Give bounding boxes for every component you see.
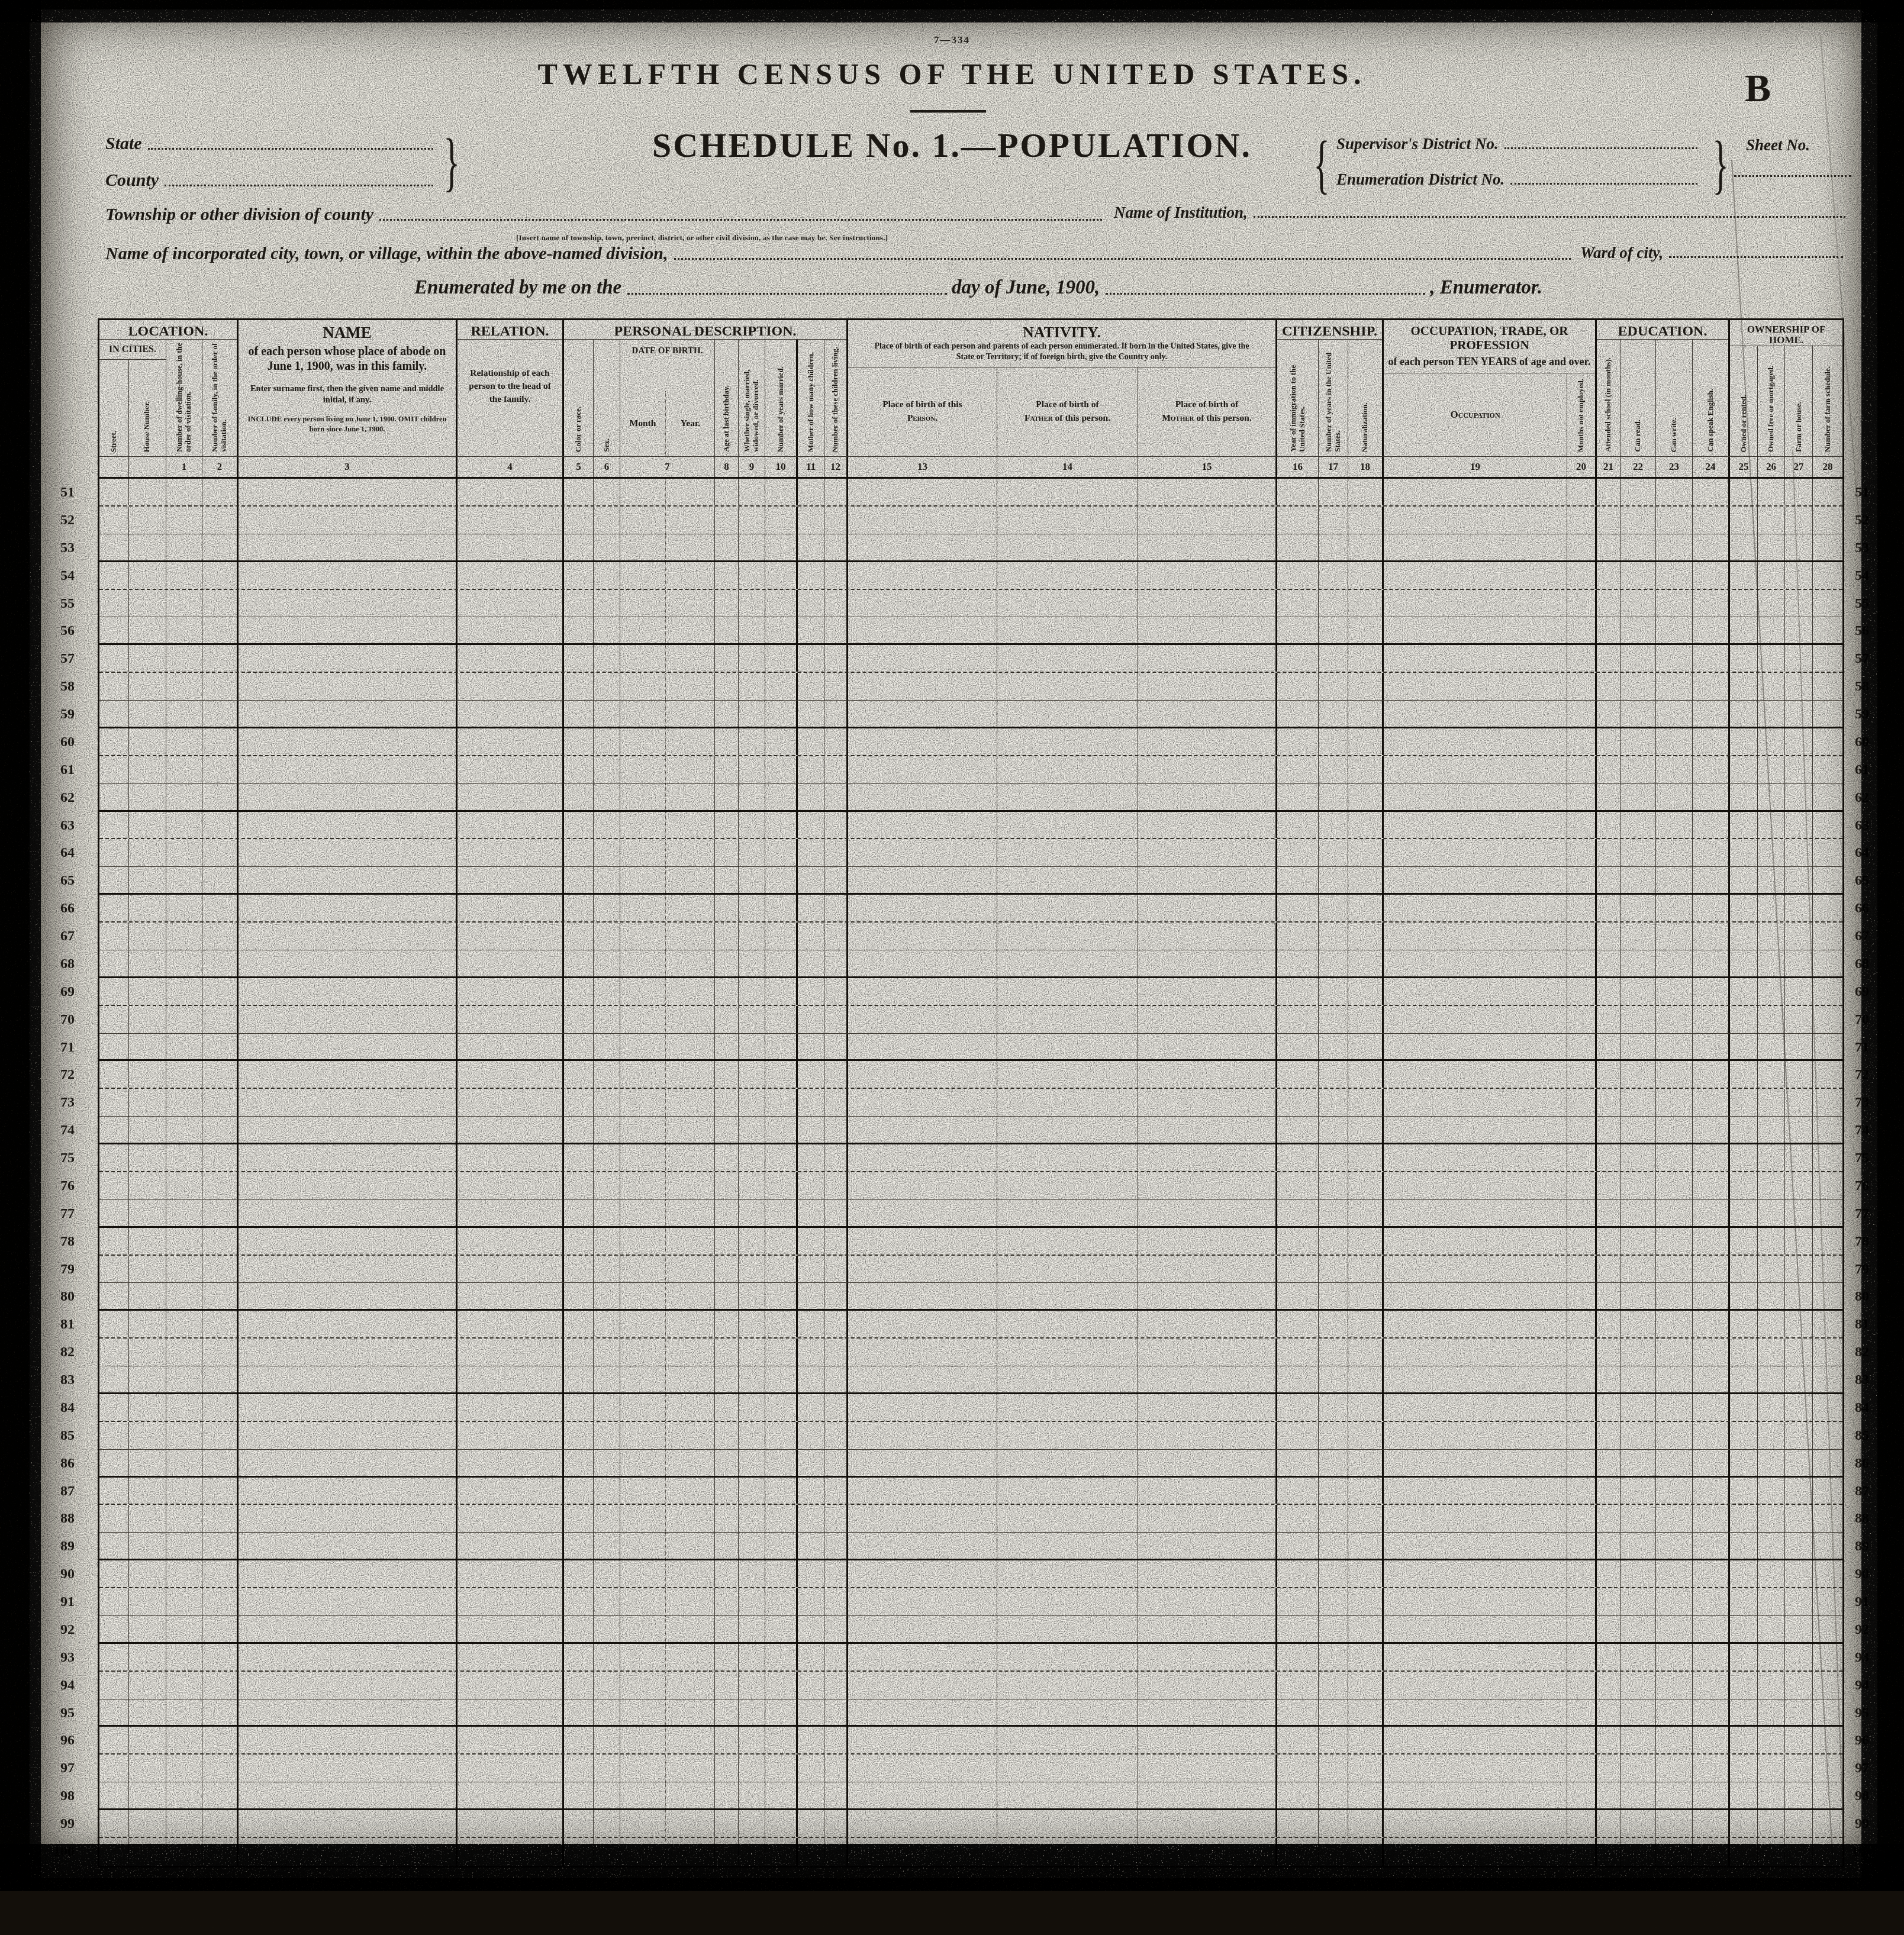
body-cell-c6 (594, 701, 620, 727)
body-cell-c17 (1319, 479, 1348, 505)
body-cell-c18 (1348, 1117, 1384, 1143)
body-cell-c10 (765, 617, 798, 643)
body-cell-c26 (1758, 1533, 1785, 1559)
body-cell-c2 (202, 1394, 239, 1421)
body-cell-c19 (1384, 1672, 1567, 1699)
row-number-left: 68 (33, 950, 75, 978)
body-cell-c11 (798, 590, 824, 617)
body-cell-c9 (739, 507, 765, 534)
body-cell-c22 (1621, 978, 1656, 1005)
table-row (99, 784, 1842, 812)
table-row (99, 590, 1842, 618)
col-header-street: Street. (99, 360, 129, 456)
body-cell-c8 (715, 1755, 739, 1782)
body-cell-c20 (1567, 1672, 1597, 1699)
body-cell-c6 (594, 507, 620, 534)
body-cell-c11 (798, 839, 824, 866)
table-row (99, 1810, 1842, 1838)
body-cell-c2 (202, 812, 239, 838)
body-cell-c24 (1693, 1200, 1730, 1226)
row-number-left: 96 (33, 1727, 75, 1755)
body-cell-c19 (1384, 950, 1567, 976)
body-cell-c20 (1567, 590, 1597, 617)
body-cell-house (129, 617, 166, 643)
body-cell-c26 (1758, 1089, 1785, 1116)
body-cell-c15 (1138, 1034, 1277, 1060)
body-cell-c7m (620, 1533, 666, 1559)
body-cell-c5 (564, 1256, 594, 1283)
body-cell-c27 (1785, 1339, 1813, 1366)
body-cell-c7m (620, 1089, 666, 1116)
body-cell-c7m (620, 1172, 666, 1199)
body-cell-c3 (239, 1256, 458, 1283)
body-cell-c19 (1384, 1117, 1567, 1143)
body-cell-c13 (848, 1699, 997, 1726)
body-cell-c17 (1319, 1144, 1348, 1171)
body-cell-c14 (997, 1755, 1138, 1782)
body-cell-c2 (202, 479, 239, 505)
body-cell-c3 (239, 1006, 458, 1033)
body-cell-c11 (798, 1117, 824, 1143)
body-cell-c10 (765, 867, 798, 893)
body-cell-c21 (1597, 1810, 1621, 1837)
body-cell-c6 (594, 1422, 620, 1449)
body-cell-c14 (997, 534, 1138, 560)
body-cell-c18 (1348, 1256, 1384, 1283)
body-cell-c4 (458, 1006, 564, 1033)
body-cell-c17 (1319, 701, 1348, 727)
body-cell-c20 (1567, 1450, 1597, 1476)
body-cell-c18 (1348, 1699, 1384, 1726)
body-cell-c6 (594, 1672, 620, 1699)
body-cell-c10 (765, 895, 798, 921)
body-cell-c24 (1693, 1256, 1730, 1283)
table-row (99, 1505, 1842, 1533)
body-cell-c13 (848, 1560, 997, 1587)
body-cell-c27 (1785, 1782, 1813, 1808)
body-cell-c4 (458, 1533, 564, 1559)
relation-instruction: Relationship of each person to the head … (458, 340, 562, 405)
body-cell-c10 (765, 728, 798, 755)
body-cell-house (129, 1533, 166, 1559)
body-cell-c26 (1758, 534, 1785, 560)
body-cell-c21 (1597, 978, 1621, 1005)
body-cell-c26 (1758, 1394, 1785, 1421)
body-cell-c23 (1656, 617, 1693, 643)
body-cell-c3 (239, 1505, 458, 1532)
body-cell-c5 (564, 1782, 594, 1808)
body-cell-c7y (666, 1616, 715, 1642)
body-cell-c16 (1277, 1560, 1319, 1587)
body-cell-c25 (1730, 1089, 1758, 1116)
body-cell-c17 (1319, 1533, 1348, 1559)
body-cell-c7m (620, 1200, 666, 1226)
body-cell-c26 (1758, 1699, 1785, 1726)
row-number-left: 67 (33, 923, 75, 950)
body-cell-c8 (715, 1727, 739, 1753)
body-cell-c9 (739, 590, 765, 617)
body-cell-c25 (1730, 645, 1758, 672)
enumerated-field: Enumerated by me on the day of June, 190… (414, 278, 1542, 298)
body-cell-c5 (564, 1533, 594, 1559)
body-cell-c3 (239, 978, 458, 1005)
body-cell-c19 (1384, 1422, 1567, 1449)
body-cell-house (129, 1588, 166, 1615)
col-header-label-c9: Whether single, married, widowed, or div… (743, 342, 761, 452)
body-cell-c5 (564, 1478, 594, 1504)
body-cell-c16 (1277, 1144, 1319, 1171)
body-cell-c8 (715, 1006, 739, 1033)
body-cell-c4 (458, 812, 564, 838)
body-cell-c27 (1785, 1755, 1813, 1782)
body-cell-c10 (765, 950, 798, 976)
body-cell-c6 (594, 534, 620, 560)
body-cell-c23 (1656, 950, 1693, 976)
body-cell-c13 (848, 784, 997, 810)
body-cell-c7y (666, 1672, 715, 1699)
body-cell-c3 (239, 1782, 458, 1808)
body-cell-c3 (239, 1727, 458, 1753)
table-row (99, 867, 1842, 895)
body-cell-c8 (715, 1533, 739, 1559)
body-cell-c22 (1621, 1006, 1656, 1033)
section-location-title: LOCATION. (99, 320, 237, 340)
body-cell-c16 (1277, 1256, 1319, 1283)
body-cell-c9 (739, 1256, 765, 1283)
body-cell-house (129, 895, 166, 921)
body-cell-c12 (824, 562, 848, 589)
body-cell-c4 (458, 673, 564, 700)
body-cell-c25 (1730, 1200, 1758, 1226)
body-cell-c11 (798, 812, 824, 838)
body-cell-c23 (1656, 673, 1693, 700)
body-cell-c11 (798, 1089, 824, 1116)
body-cell-c16 (1277, 507, 1319, 534)
body-cell-c20 (1567, 1061, 1597, 1088)
body-cell-c18 (1348, 1450, 1384, 1476)
body-cell-c7m (620, 1560, 666, 1587)
body-cell-c11 (798, 1172, 824, 1199)
body-cell-c7m (620, 1339, 666, 1366)
body-cell-street (99, 950, 129, 976)
column-number-c27: 27 (1785, 457, 1813, 477)
body-cell-c26 (1758, 1644, 1785, 1670)
body-cell-c11 (798, 534, 824, 560)
body-cell-c11 (798, 1228, 824, 1254)
body-cell-c23 (1656, 1478, 1693, 1504)
body-cell-c8 (715, 728, 739, 755)
row-number-right: 93 (1847, 1644, 1877, 1672)
body-cell-c21 (1597, 1006, 1621, 1033)
body-cell-c17 (1319, 1810, 1348, 1837)
body-cell-c26 (1758, 479, 1785, 505)
body-cell-house (129, 1256, 166, 1283)
body-cell-c7y (666, 562, 715, 589)
body-cell-c24 (1693, 950, 1730, 976)
in-cities-heading: IN CITIES. (99, 340, 166, 360)
body-cell-c13 (848, 1228, 997, 1254)
body-cell-c7y (666, 1339, 715, 1366)
body-cell-c10 (765, 839, 798, 866)
body-cell-c11 (798, 562, 824, 589)
body-cell-c17 (1319, 784, 1348, 810)
column-number-c12: 12 (824, 457, 848, 477)
row-number-right: 58 (1847, 673, 1877, 701)
body-cell-c2 (202, 1256, 239, 1283)
body-cell-c8 (715, 1422, 739, 1449)
body-cell-house (129, 1200, 166, 1226)
body-cell-c24 (1693, 645, 1730, 672)
row-number-left: 86 (33, 1450, 75, 1478)
body-cell-c10 (765, 1006, 798, 1033)
body-cell-c12 (824, 1172, 848, 1199)
body-cell-c28 (1813, 1339, 1842, 1366)
education-subcolumns: Attended school (in months).Can read.Can… (1597, 340, 1728, 456)
row-number-left: 89 (33, 1533, 75, 1560)
body-cell-c25 (1730, 1283, 1758, 1309)
body-cell-c2 (202, 1061, 239, 1088)
body-cell-c7y (666, 1699, 715, 1726)
body-cell-c9 (739, 673, 765, 700)
table-row (99, 728, 1842, 756)
body-cell-c25 (1730, 1727, 1758, 1753)
body-cell-c6 (594, 1533, 620, 1559)
body-cell-c27 (1785, 839, 1813, 866)
body-cell-c27 (1785, 1311, 1813, 1337)
body-cell-c28 (1813, 507, 1842, 534)
body-cell-c12 (824, 1200, 848, 1226)
body-cell-c10 (765, 1699, 798, 1726)
body-cell-c12 (824, 728, 848, 755)
body-cell-c1 (166, 1616, 202, 1642)
body-cell-c14 (997, 701, 1138, 727)
row-number-left: 76 (33, 1172, 75, 1200)
body-cell-c11 (798, 923, 824, 950)
body-cell-c8 (715, 1838, 739, 1866)
body-cell-c27 (1785, 1616, 1813, 1642)
body-cell-c25 (1730, 590, 1758, 617)
body-cell-c15 (1138, 867, 1277, 893)
body-cell-c12 (824, 1810, 848, 1837)
body-cell-c23 (1656, 1533, 1693, 1559)
row-number-right: 63 (1847, 812, 1877, 840)
body-cell-c10 (765, 1089, 798, 1116)
body-cell-c20 (1567, 1588, 1597, 1615)
body-cell-c4 (458, 756, 564, 783)
body-cell-c3 (239, 1117, 458, 1143)
body-cell-c24 (1693, 1727, 1730, 1753)
body-cell-c2 (202, 1200, 239, 1226)
personal-subcolumns: Color or race.Sex.DATE OF BIRTH.MonthYea… (564, 340, 846, 456)
body-cell-street (99, 1450, 129, 1476)
body-cell-c7m (620, 1366, 666, 1392)
body-cell-c26 (1758, 1672, 1785, 1699)
body-cell-c19 (1384, 673, 1567, 700)
body-cell-c7m (620, 1283, 666, 1309)
body-cell-c4 (458, 645, 564, 672)
body-cell-c10 (765, 1366, 798, 1392)
col-header-house: House Number. (129, 360, 166, 456)
body-cell-c2 (202, 1339, 239, 1366)
body-cell-c7y (666, 1366, 715, 1392)
body-cell-c1 (166, 562, 202, 589)
body-cell-c13 (848, 1755, 997, 1782)
col-header-c10: Number of years married. (765, 340, 798, 456)
body-cell-street (99, 673, 129, 700)
city-field: Name of incorporated city, town, or vill… (105, 245, 1576, 263)
body-cell-c12 (824, 1616, 848, 1642)
body-cell-c9 (739, 1533, 765, 1559)
body-cell-c22 (1621, 1089, 1656, 1116)
col-header-label-c17: Number of years in the United States. (1325, 342, 1342, 452)
body-cell-c13 (848, 1283, 997, 1309)
body-cell-c2 (202, 1755, 239, 1782)
col-header-label-house: House Number. (143, 401, 152, 452)
col-header-c28: Number of farm schedule. (1813, 346, 1842, 456)
body-cell-c7y (666, 590, 715, 617)
body-cell-c11 (798, 1560, 824, 1587)
body-cell-c22 (1621, 1228, 1656, 1254)
section-education: EDUCATION.Attended school (in months).Ca… (1597, 320, 1730, 456)
body-cell-c6 (594, 1782, 620, 1808)
body-cell-c3 (239, 756, 458, 783)
body-cell-c24 (1693, 1644, 1730, 1670)
body-cell-house (129, 728, 166, 755)
row-number-right: 91 (1847, 1588, 1877, 1616)
body-cell-c21 (1597, 1394, 1621, 1421)
census-title: TWELFTH CENSUS OF THE UNITED STATES. (0, 57, 1904, 91)
body-cell-c28 (1813, 1644, 1842, 1670)
citizenship-subcolumns: Year of immigration to the United States… (1277, 340, 1382, 456)
body-cell-c6 (594, 645, 620, 672)
body-cell-c23 (1656, 1672, 1693, 1699)
body-cell-c26 (1758, 1560, 1785, 1587)
section-name-title: NAME (239, 320, 456, 341)
body-cell-c16 (1277, 1727, 1319, 1753)
body-cell-c24 (1693, 534, 1730, 560)
in-cities-columns: Street.House Number. (99, 360, 166, 456)
body-cell-c10 (765, 1450, 798, 1476)
body-cell-c27 (1785, 1505, 1813, 1532)
body-cell-c5 (564, 812, 594, 838)
body-cell-c11 (798, 1644, 824, 1670)
occupation-column-label: Occupation (1450, 409, 1500, 421)
body-cell-c14 (997, 1006, 1138, 1033)
body-cell-street (99, 1478, 129, 1504)
body-cell-street (99, 617, 129, 643)
row-number-right: 56 (1847, 617, 1877, 645)
body-cell-c21 (1597, 562, 1621, 589)
body-cell-c4 (458, 950, 564, 976)
body-cell-c12 (824, 812, 848, 838)
body-cell-c1 (166, 590, 202, 617)
body-cell-c15 (1138, 1256, 1277, 1283)
body-cell-c6 (594, 1089, 620, 1116)
column-number-c28: 28 (1813, 457, 1842, 477)
body-cell-c13 (848, 1172, 997, 1199)
body-cell-c22 (1621, 812, 1656, 838)
city-label: Name of incorporated city, town, or vill… (105, 245, 668, 263)
body-cell-c24 (1693, 1283, 1730, 1309)
body-cell-c26 (1758, 1810, 1785, 1837)
body-cell-c15 (1138, 1810, 1277, 1837)
row-number-right: 85 (1847, 1422, 1877, 1450)
body-cell-c7y (666, 1394, 715, 1421)
body-cell-c23 (1656, 590, 1693, 617)
body-cell-c4 (458, 1061, 564, 1088)
body-cell-c24 (1693, 1810, 1730, 1837)
body-cell-c21 (1597, 1089, 1621, 1116)
body-cell-c25 (1730, 1117, 1758, 1143)
body-cell-c16 (1277, 812, 1319, 838)
body-cell-c18 (1348, 1089, 1384, 1116)
body-cell-street (99, 812, 129, 838)
row-number-left: 84 (33, 1394, 75, 1422)
body-cell-house (129, 812, 166, 838)
body-cell-c24 (1693, 867, 1730, 893)
body-cell-c22 (1621, 534, 1656, 560)
body-cell-c17 (1319, 867, 1348, 893)
table-row (99, 1172, 1842, 1200)
col-header-label-c12: Number of these children living. (831, 347, 840, 452)
body-cell-c18 (1348, 1172, 1384, 1199)
section-occupation: OCCUPATION, TRADE, OR PROFESSIONof each … (1384, 320, 1597, 456)
body-cell-c15 (1138, 1588, 1277, 1615)
body-cell-c12 (824, 507, 848, 534)
body-cell-c2 (202, 1450, 239, 1476)
body-cell-c4 (458, 1478, 564, 1504)
body-cell-c21 (1597, 1034, 1621, 1060)
body-cell-c2 (202, 895, 239, 921)
body-cell-c12 (824, 617, 848, 643)
body-cell-c11 (798, 1283, 824, 1309)
body-cell-c11 (798, 1366, 824, 1392)
body-cell-c20 (1567, 728, 1597, 755)
body-cell-c27 (1785, 534, 1813, 560)
body-cell-c15 (1138, 1450, 1277, 1476)
body-cell-c16 (1277, 1228, 1319, 1254)
body-cell-c11 (798, 1478, 824, 1504)
body-cell-c22 (1621, 673, 1656, 700)
row-number-left: 85 (33, 1422, 75, 1450)
body-cell-c27 (1785, 1200, 1813, 1226)
body-cell-c15 (1138, 479, 1277, 505)
body-cell-c17 (1319, 1588, 1348, 1615)
body-cell-c2 (202, 1311, 239, 1337)
row-number-left: 54 (33, 562, 75, 590)
body-cell-c9 (739, 1283, 765, 1309)
body-cell-c7y (666, 1560, 715, 1587)
body-cell-c15 (1138, 923, 1277, 950)
body-cell-c28 (1813, 1311, 1842, 1337)
column-number-c8: 8 (715, 457, 739, 477)
body-cell-c6 (594, 1034, 620, 1060)
body-cell-c9 (739, 1006, 765, 1033)
body-cell-c10 (765, 1644, 798, 1670)
row-number-right: 77 (1847, 1200, 1877, 1228)
body-cell-c5 (564, 950, 594, 976)
table-row (99, 673, 1842, 701)
body-cell-c3 (239, 590, 458, 617)
body-cell-c15 (1138, 673, 1277, 700)
institution-field: Name of Institution, (1114, 205, 1850, 221)
body-cell-c12 (824, 1782, 848, 1808)
body-cell-c14 (997, 839, 1138, 866)
body-cell-c8 (715, 673, 739, 700)
body-cell-c24 (1693, 1699, 1730, 1726)
body-cell-c27 (1785, 1533, 1813, 1559)
body-cell-c11 (798, 1200, 824, 1226)
